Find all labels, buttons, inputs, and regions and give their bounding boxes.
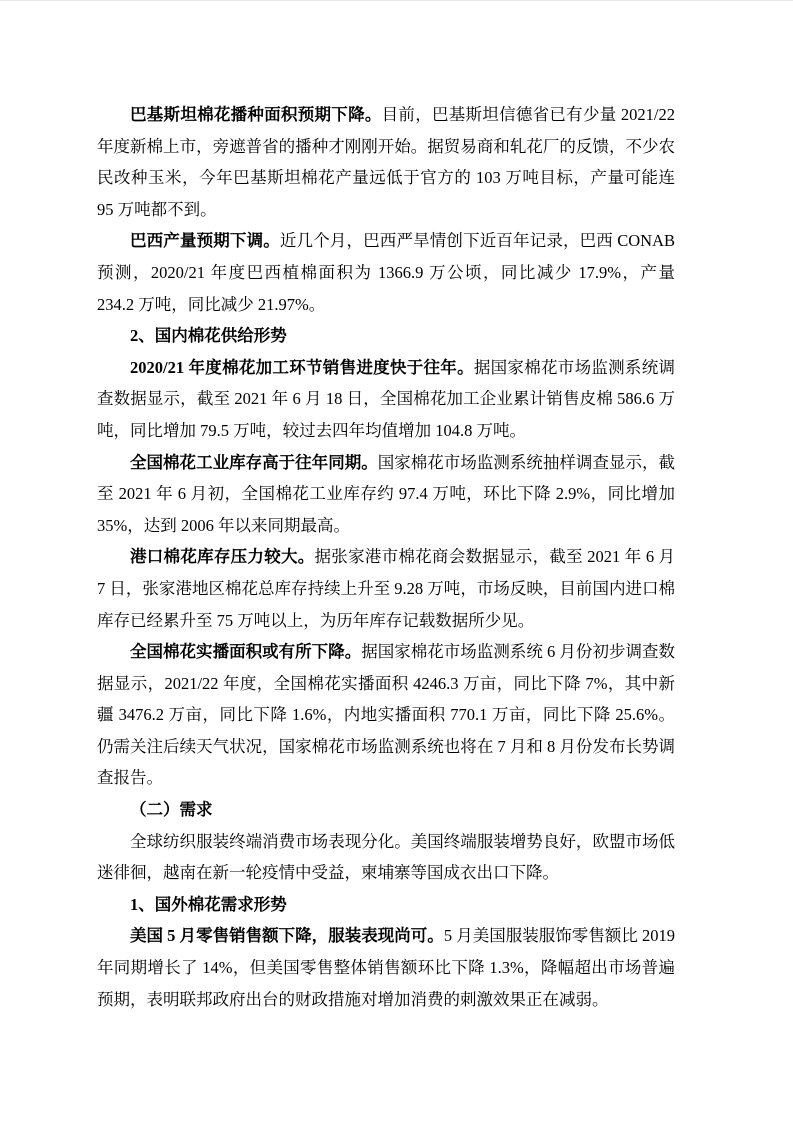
paragraph-body-text: 据国家棉花市场监测系统 6 月份初步调查数据显示，2021/22 年度，全国棉花… (97, 642, 675, 787)
paragraph-lead-sentence: 全国棉花工业库存高于往年同期。 (130, 453, 378, 472)
body-paragraph: 港口棉花库存压力较大。据张家港市棉花商会数据显示，截至 2021 年 6 月 7… (97, 541, 675, 636)
paragraph-lead-sentence: 美国 5 月零售销售额下降，服装表现尚可。 (130, 926, 444, 945)
section-heading: （二）需求 (97, 794, 675, 826)
document-content: 巴基斯坦棉花播种面积预期下降。目前，巴基斯坦信德省已有少量 2021/22 年度… (97, 99, 675, 1015)
paragraph-lead-sentence: 巴西产量预期下调。 (130, 231, 280, 250)
body-paragraph: 全国棉花工业库存高于往年同期。国家棉花市场监测系统抽样调查显示，截至 2021 … (97, 447, 675, 542)
paragraph-lead-sentence: 全国棉花实播面积或有所下降。 (130, 642, 361, 661)
body-paragraph: 巴基斯坦棉花播种面积预期下降。目前，巴基斯坦信德省已有少量 2021/22 年度… (97, 99, 675, 225)
section-heading: 1、国外棉花需求形势 (97, 889, 675, 921)
paragraph-lead-sentence: 巴基斯坦棉花播种面积预期下降。 (130, 105, 382, 124)
paragraph-lead-sentence: 2020/21 年度棉花加工环节销售进度快于往年。 (130, 358, 474, 377)
section-heading-text: （二）需求 (130, 800, 213, 819)
paragraph-body-text: 全球纺织服装终端消费市场表现分化。美国终端服装增势良好，欧盟市场低迷徘徊，越南在… (97, 832, 675, 883)
body-paragraph: 美国 5 月零售销售额下降，服装表现尚可。5 月美国服装服饰零售额比 2019 … (97, 920, 675, 1015)
body-paragraph: 全国棉花实播面积或有所下降。据国家棉花市场监测系统 6 月份初步调查数据显示，2… (97, 636, 675, 794)
body-paragraph: 2020/21 年度棉花加工环节销售进度快于往年。据国家棉花市场监测系统调查数据… (97, 352, 675, 447)
body-paragraph: 全球纺织服装终端消费市场表现分化。美国终端服装增势良好，欧盟市场低迷徘徊，越南在… (97, 826, 675, 889)
document-page: 巴基斯坦棉花播种面积预期下降。目前，巴基斯坦信德省已有少量 2021/22 年度… (0, 0, 793, 1122)
section-heading-text: 2、国内棉花供给形势 (130, 326, 287, 345)
section-heading: 2、国内棉花供给形势 (97, 320, 675, 352)
paragraph-lead-sentence: 港口棉花库存压力较大。 (130, 547, 315, 566)
body-paragraph: 巴西产量预期下调。近几个月，巴西严旱情创下近百年记录，巴西 CONAB 预测，2… (97, 225, 675, 320)
section-heading-text: 1、国外棉花需求形势 (130, 895, 287, 914)
